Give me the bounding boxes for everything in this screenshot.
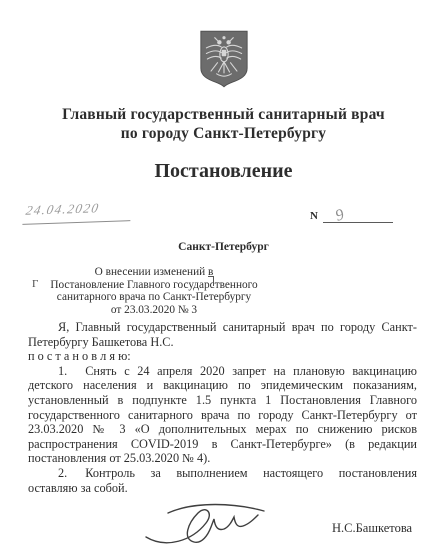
handwritten-number: 9	[333, 206, 346, 226]
handwritten-date: 24.04.2020	[21, 200, 101, 219]
number-label: N	[310, 210, 318, 223]
signature-icon	[140, 497, 270, 547]
city-line: Санкт-Петербург	[0, 241, 447, 253]
letterhead-line2: по городу Санкт-Петербургу	[0, 124, 447, 143]
item-number: 2.	[58, 466, 67, 480]
intro-paragraph: Я, Главный государственный санитарный вр…	[28, 320, 417, 349]
corner-mark-left: Г	[32, 278, 38, 291]
item-number: 1.	[58, 364, 67, 378]
corner-mark-right-icon	[208, 276, 214, 286]
decree-item-2: 2.Контроль за выполнением настоящего пос…	[28, 466, 417, 495]
decree-body: Я, Главный государственный санитарный вр…	[28, 320, 417, 495]
subject-line: санитарного врача по Санкт-Петербургу	[30, 291, 278, 304]
item-text: Снять с 24 апреля 2020 запрет на планову…	[28, 364, 417, 466]
letterhead-line1: Главный государственный санитарный врач	[0, 105, 447, 124]
resolve-word: п о с т а н о в л я ю:	[28, 349, 417, 364]
russia-coat-of-arms-icon	[199, 28, 249, 90]
item-text: Контроль за выполнением настоящего поста…	[28, 466, 417, 495]
subject-line: от 23.03.2020 № 3	[30, 304, 278, 317]
subject-line: О внесении изменений в	[30, 266, 278, 279]
letterhead: Главный государственный санитарный врач …	[0, 105, 447, 143]
subject-line: Постановление Главного государственного	[30, 279, 278, 292]
document-title: Постановление	[0, 160, 447, 183]
handwritten-date-field: 24.04.2020	[22, 198, 131, 225]
decree-document-page: Главный государственный санитарный врач …	[0, 0, 447, 560]
number-underline: 9	[323, 202, 393, 223]
subject-block: Г О внесении изменений в Постановление Г…	[30, 266, 278, 316]
decree-item-1: 1.Снять с 24 апреля 2020 запрет на плано…	[28, 364, 417, 466]
signer-name: Н.С.Башкетова	[332, 521, 412, 536]
document-number-field: N 9	[310, 202, 393, 223]
